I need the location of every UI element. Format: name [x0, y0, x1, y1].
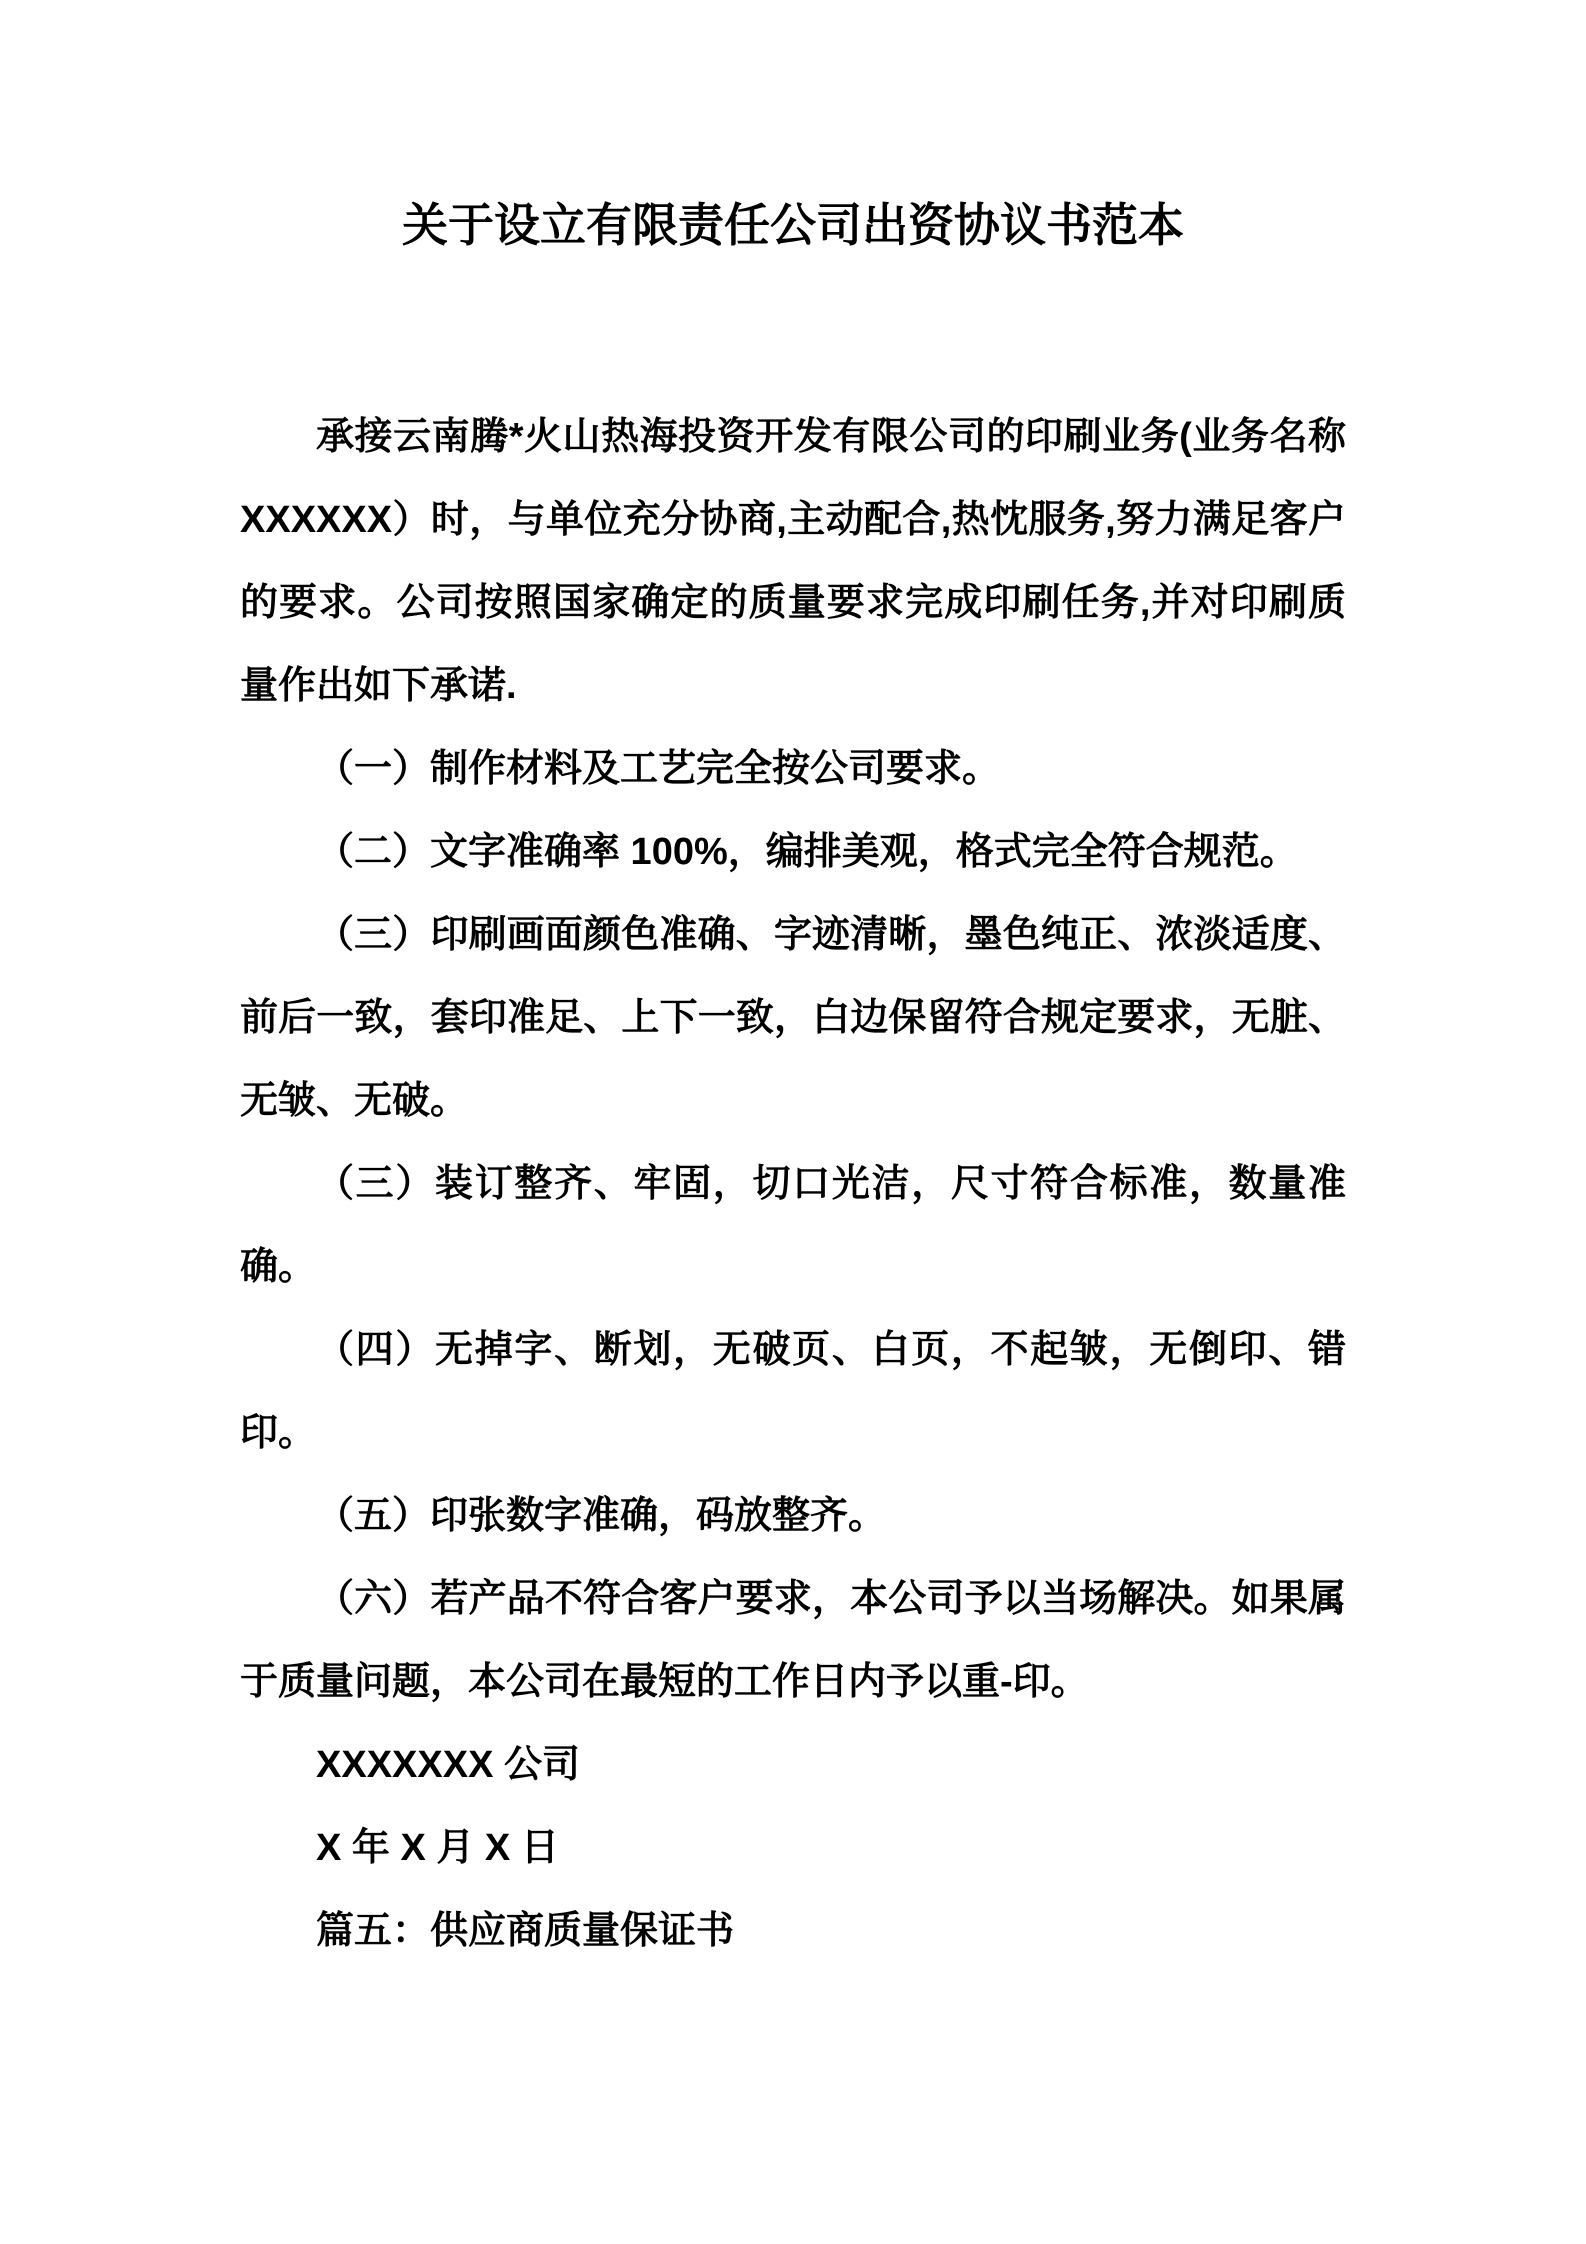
document-page: 关于设立有限责任公司出资协议书范本 承接云南腾*火山热海投资开发有限公司的印刷业… — [0, 0, 1586, 2244]
paragraph-item-3-dup: （三）装订整齐、牢固，切口光洁，尺寸符合标准，数量准确。 — [240, 1143, 1346, 1309]
document-title: 关于设立有限责任公司出资协议书范本 — [240, 188, 1346, 262]
paragraph-item-2: （二）文字准确率 100%，编排美观，格式完全符合规范。 — [240, 811, 1346, 894]
document-body: 承接云南腾*火山热海投资开发有限公司的印刷业务(业务名称 XXXXXX）时，与单… — [240, 396, 1346, 1973]
paragraph-item-1: （一）制作材料及工艺完全按公司要求。 — [240, 728, 1346, 811]
section-five-heading: 篇五：供应商质量保证书 — [240, 1890, 1346, 1973]
paragraph-item-5: （五）印张数字准确，码放整齐。 — [240, 1475, 1346, 1558]
signature-date: X 年 X 月 X 日 — [240, 1807, 1346, 1890]
signature-company: XXXXXXX 公司 — [240, 1724, 1346, 1807]
paragraph-intro: 承接云南腾*火山热海投资开发有限公司的印刷业务(业务名称 XXXXXX）时，与单… — [240, 396, 1346, 728]
paragraph-item-6: （六）若产品不符合客户要求，本公司予以当场解决。如果属于质量问题，本公司在最短的… — [240, 1558, 1346, 1724]
paragraph-item-4: （四）无掉字、断划，无破页、白页，不起皱，无倒印、错印。 — [240, 1309, 1346, 1475]
paragraph-item-3: （三）印刷画面颜色准确、字迹清晰，墨色纯正、浓淡适度、前后一致，套印准足、上下一… — [240, 894, 1346, 1143]
